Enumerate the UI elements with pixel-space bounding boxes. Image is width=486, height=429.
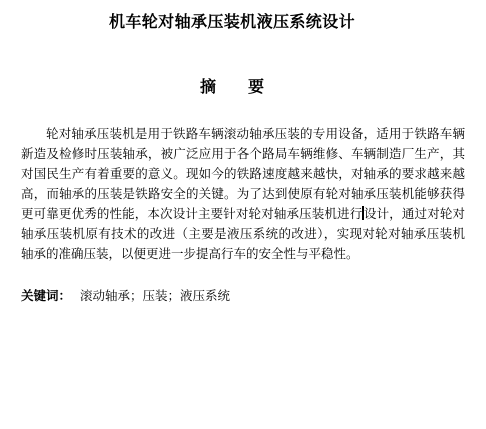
abstract-paragraph: 轮对轴承压装机是用于铁路车辆滚动轴承压装的专用设备，适用于铁路车辆 新造及检修时… [21,124,465,264]
abstract-line-6: 轴承压装机原有技术的改进（主要是液压系统的改进），实现对轮对轴承压装机 [21,224,465,244]
keywords-label: 关键词： [21,289,71,303]
keywords-text: 滚动轴承；压装；液压系统 [80,289,230,303]
document-page[interactable]: 机车轮对轴承压装机液压系统设计 摘 要 轮对轴承压装机是用于铁路车辆滚动轴承压装… [0,0,486,429]
keywords-line: 关键词：滚动轴承；压装；液压系统 [21,286,465,306]
abstract-line-7: 轴承的准确压装，以便更进一步提高行车的安全性与平稳性。 [21,244,465,264]
document-title: 机车轮对轴承压装机液压系统设计 [0,0,475,33]
abstract-line-3: 对国民生产有着重要的意义。现如今的铁路速度越来越快，对轴承的要求越来越 [21,164,465,184]
abstract-line-2: 新造及检修时压装轴承，被广泛应用于各个路局车辆维修、车辆制造厂生产，其 [21,144,465,164]
abstract-line-5-before-cursor: 更可靠更优秀的性能，本次设计主要针对轮对轴承压装机进行 [21,207,362,221]
abstract-line-5: 更可靠更优秀的性能，本次设计主要针对轮对轴承压装机进行设计，通过对轮对 [21,204,465,224]
abstract-line-1: 轮对轴承压装机是用于铁路车辆滚动轴承压装的专用设备，适用于铁路车辆 [21,124,465,144]
abstract-line-5-after-cursor: 设计，通过对轮对 [364,207,465,221]
abstract-heading: 摘 要 [0,78,475,98]
abstract-line-4: 高，而轴承的压装是铁路安全的关键。为了达到使原有轮对轴承压装机能够获得 [21,184,465,204]
